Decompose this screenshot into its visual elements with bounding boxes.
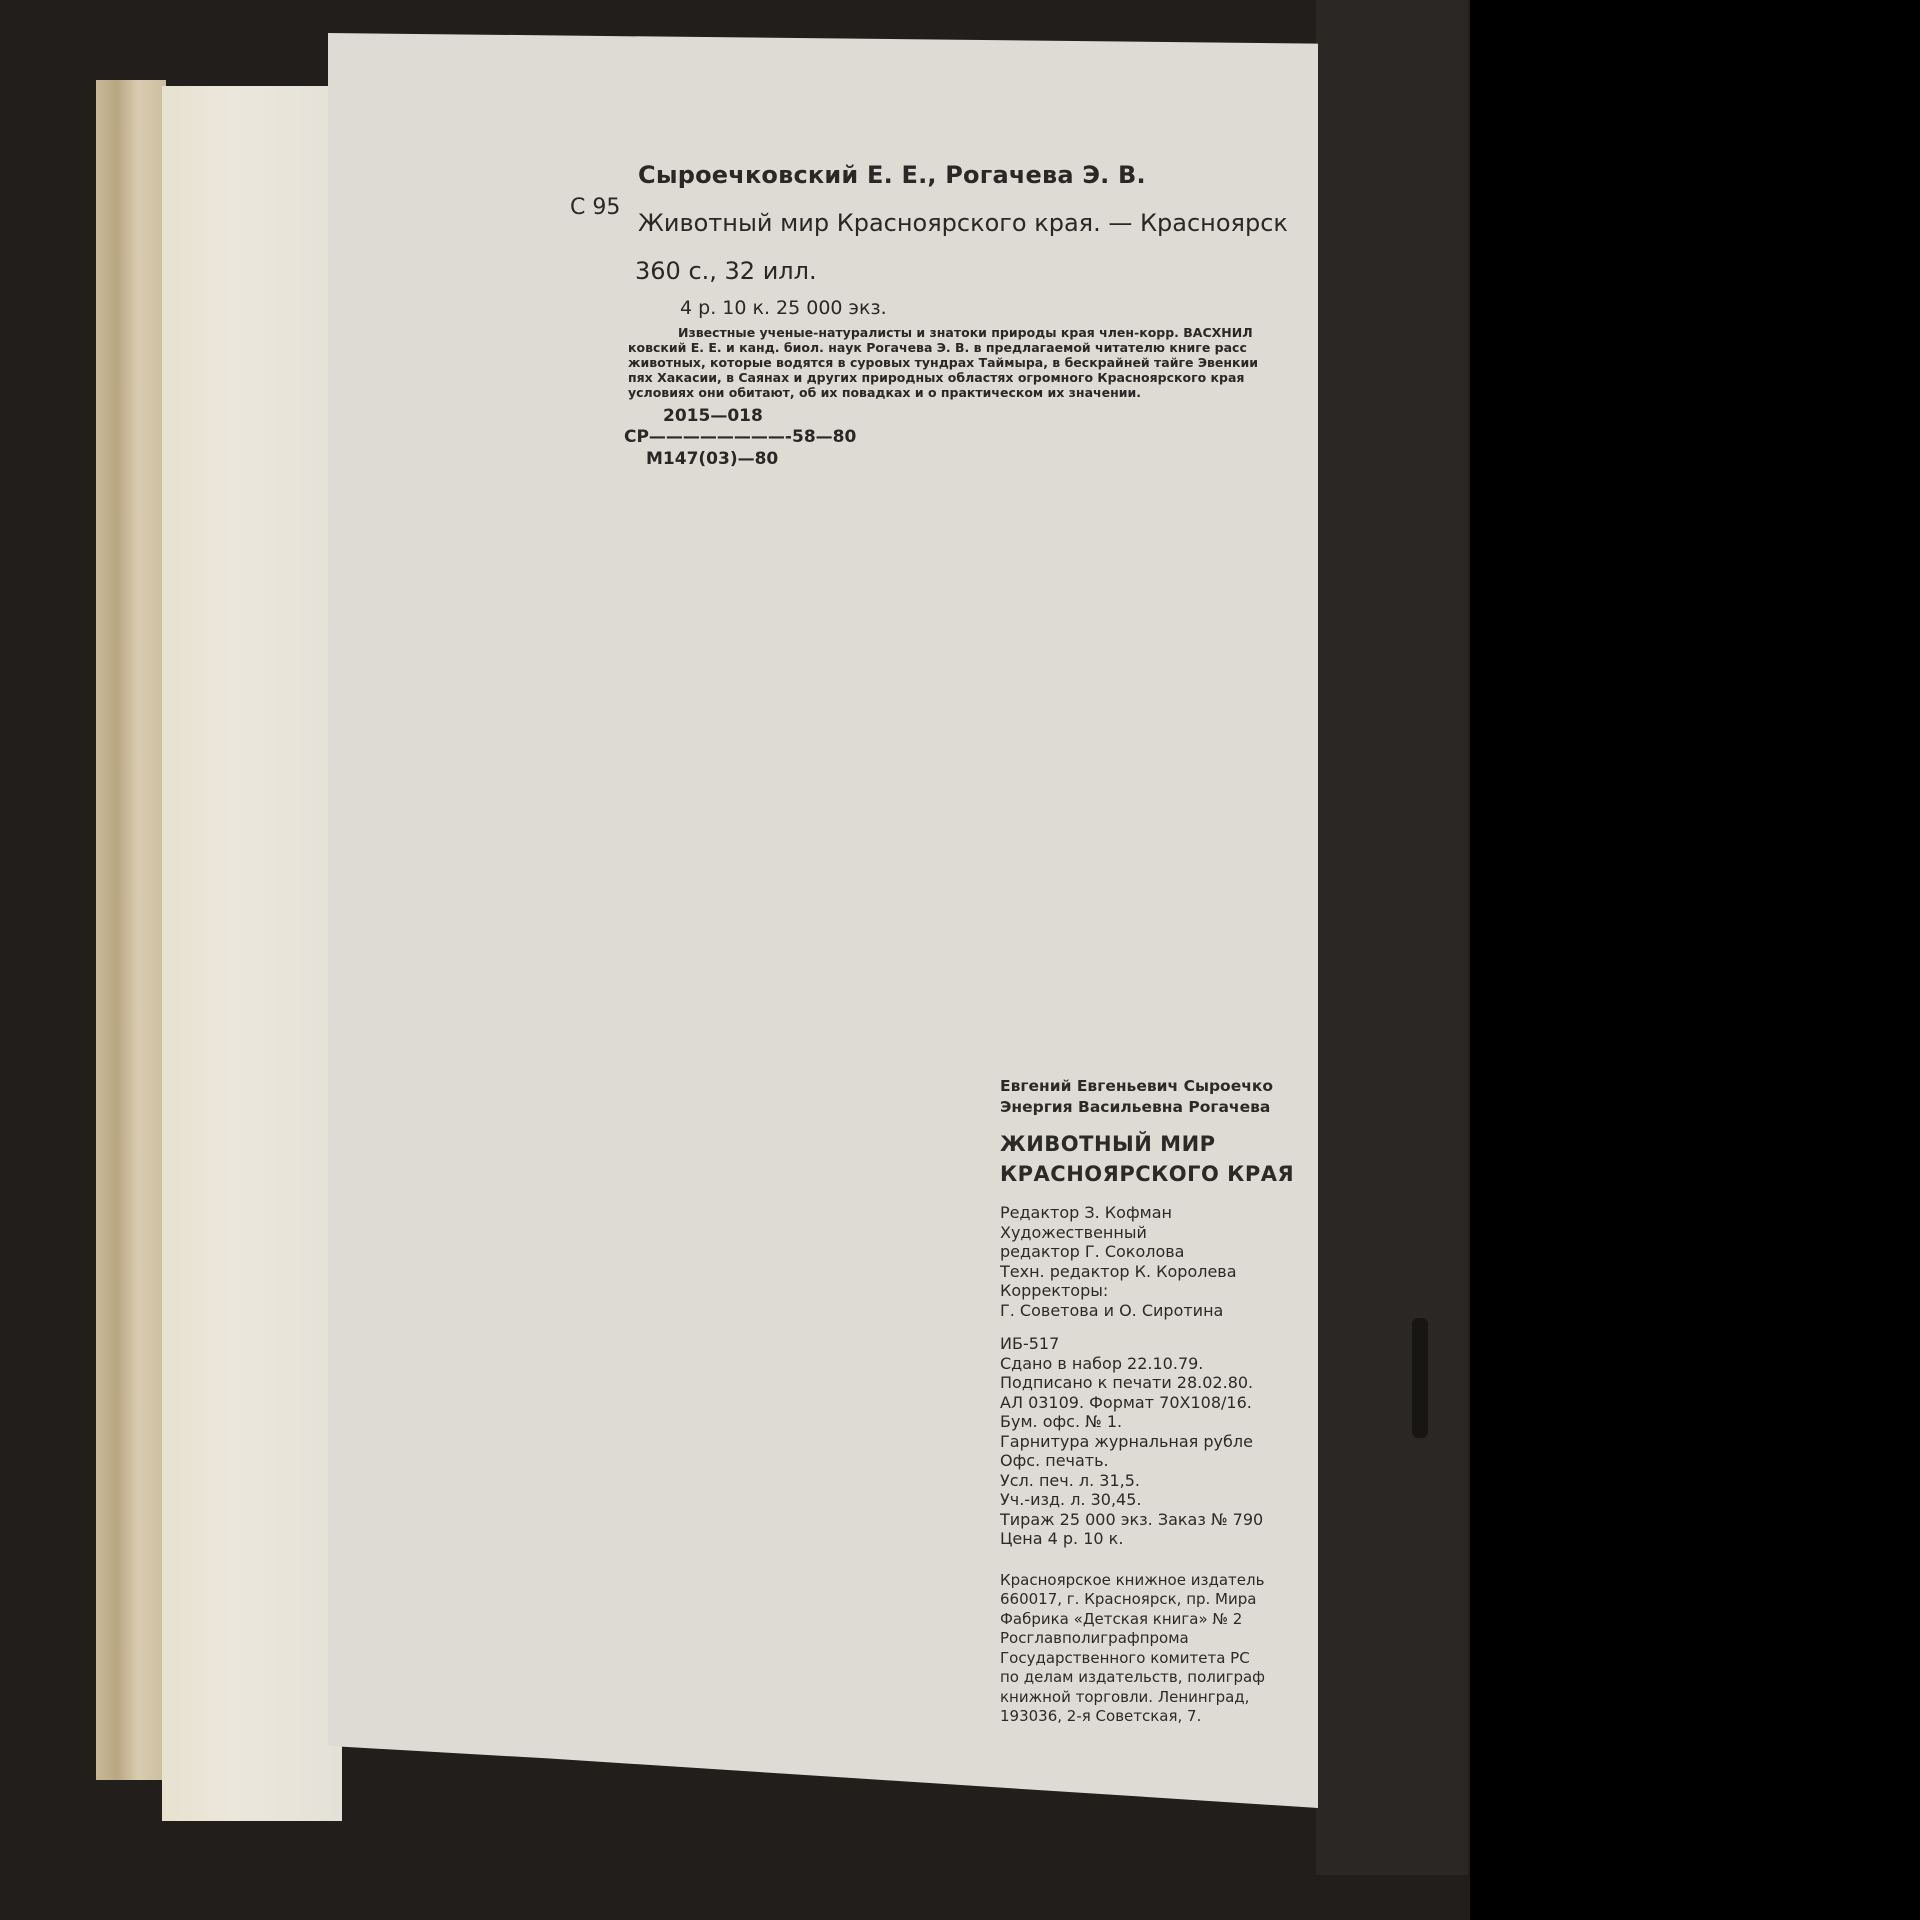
print-line: Подписано к печати 28.02.80. — [1000, 1373, 1320, 1393]
publisher-line: книжной торговли. Ленинград, — [1000, 1688, 1320, 1708]
book-cover-right — [1316, 0, 1468, 1875]
catalog-price: 4 р. 10 к. 25 000 экз. — [680, 297, 887, 319]
colophon-title-line: ЖИВОТНЫЙ МИР — [1000, 1129, 1320, 1159]
print-line: Гарнитура журнальная рубле — [1000, 1432, 1320, 1452]
print-line: Сдано в набор 22.10.79. — [1000, 1354, 1320, 1374]
publisher-line: 660017, г. Красноярск, пр. Мира — [1000, 1590, 1320, 1610]
classification-top: 2015—018 — [663, 406, 763, 426]
publisher-line: Росглавполиграфпрома — [1000, 1629, 1320, 1649]
print-line: ИБ-517 — [1000, 1334, 1320, 1354]
publisher-line: Фабрика «Детская книга» № 2 — [1000, 1610, 1320, 1630]
cover-mark — [1412, 1318, 1428, 1438]
staff-line: редактор Г. Соколова — [1000, 1242, 1320, 1262]
print-line: Уч.-изд. л. 30,45. — [1000, 1490, 1320, 1510]
catalog-extent: 360 с., 32 илл. — [635, 257, 817, 285]
colophon-title: ЖИВОТНЫЙ МИР КРАСНОЯРСКОГО КРАЯ — [1000, 1129, 1320, 1189]
print-line: Цена 4 р. 10 к. — [1000, 1529, 1320, 1549]
page-stack-edge — [162, 86, 342, 1821]
abstract-line: Известные ученые-натуралисты и знатоки п… — [628, 325, 1318, 340]
colophon-author: Энергия Васильевна Рогачева — [1000, 1097, 1320, 1118]
abstract-line: пях Хакасии, в Саянах и других природных… — [628, 370, 1318, 385]
staff-line: Техн. редактор К. Королева — [1000, 1262, 1320, 1282]
print-line: Тираж 25 000 экз. Заказ № 790 — [1000, 1510, 1320, 1530]
print-line: Офс. печать. — [1000, 1451, 1320, 1471]
print-line: Бум. офс. № 1. — [1000, 1412, 1320, 1432]
staff-line: Корректоры: — [1000, 1281, 1320, 1301]
staff-line: Г. Советова и О. Сиротина — [1000, 1301, 1320, 1321]
colophon-author: Евгений Евгеньевич Сыроечко — [1000, 1076, 1320, 1097]
print-line: АЛ 03109. Формат 70Х108/16. — [1000, 1393, 1320, 1413]
catalog-abstract: Известные ученые-натуралисты и знатоки п… — [628, 325, 1318, 400]
abstract-line: условиях они обитают, об их повадках и о… — [628, 385, 1318, 400]
catalog-title: Животный мир Красноярского края. — Красн… — [638, 209, 1318, 237]
colophon-print-details: ИБ-517 Сдано в набор 22.10.79. Подписано… — [1000, 1334, 1320, 1549]
colophon: Евгений Евгеньевич Сыроечко Энергия Васи… — [1000, 1076, 1320, 1727]
colophon-staff: Редактор З. Кофман Художественный редакт… — [1000, 1203, 1320, 1320]
classification-middle: СР————————-58—80 — [624, 427, 856, 447]
staff-line: Художественный — [1000, 1223, 1320, 1243]
catalog-code: С 95 — [570, 195, 620, 220]
abstract-line: животных, которые водятся в суровых тунд… — [628, 355, 1318, 370]
publisher-line: по делам издательств, полиграф — [1000, 1668, 1320, 1688]
abstract-line: ковский Е. Е. и канд. биол. наук Рогачев… — [628, 340, 1318, 355]
book-cover-left-edge — [96, 80, 166, 1780]
colophon-authors: Евгений Евгеньевич Сыроечко Энергия Васи… — [1000, 1076, 1320, 1118]
publisher-line: Красноярское книжное издатель — [1000, 1571, 1320, 1591]
imprint-page: Сыроечковский Е. Е., Рогачева Э. В. С 95… — [328, 33, 1318, 1808]
catalog-authors: Сыроечковский Е. Е., Рогачева Э. В. — [638, 161, 1146, 189]
colophon-publisher: Красноярское книжное издатель 660017, г.… — [1000, 1571, 1320, 1727]
print-line: Усл. печ. л. 31,5. — [1000, 1471, 1320, 1491]
colophon-title-line: КРАСНОЯРСКОГО КРАЯ — [1000, 1159, 1320, 1189]
publisher-line: 193036, 2-я Советская, 7. — [1000, 1707, 1320, 1727]
classification-bottom: М147(03)—80 — [646, 449, 778, 469]
publisher-line: Государственного комитета РС — [1000, 1649, 1320, 1669]
staff-line: Редактор З. Кофман — [1000, 1203, 1320, 1223]
